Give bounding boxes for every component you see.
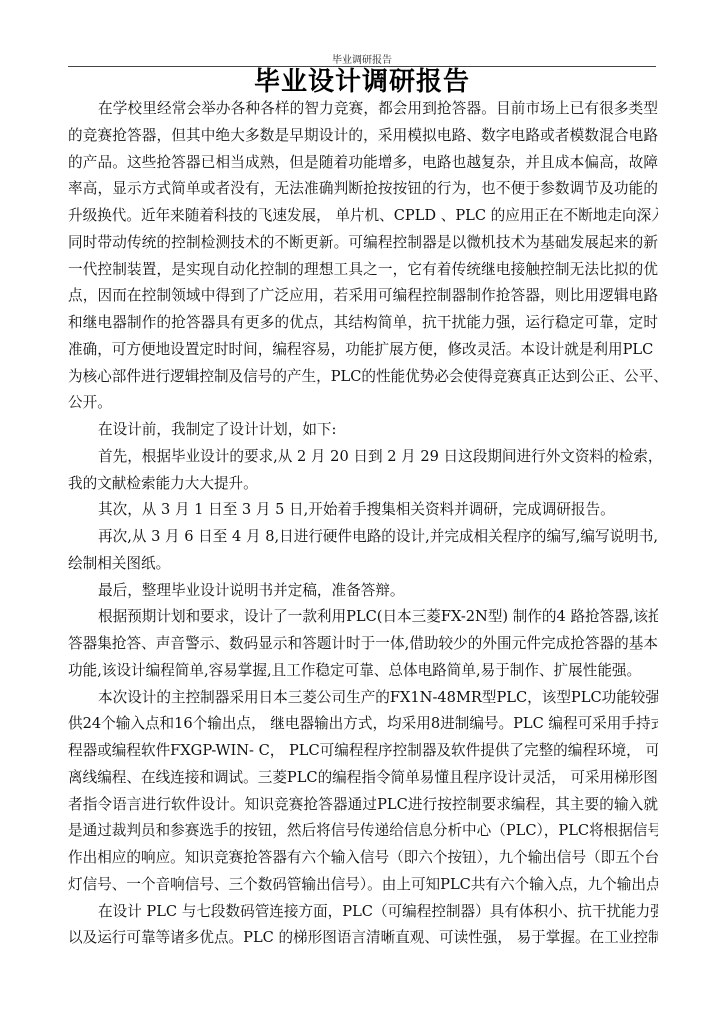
text-line: 离线编程、在线连接和调试。三菱PLC的编程指令简单易懂且程序设计灵活， 可采用梯… bbox=[68, 765, 658, 792]
document-body: 在学校里经常会举办各种各样的智力竞赛，都会用到抢答器。目前市场上已有很多类型的竞… bbox=[68, 96, 658, 952]
text-line: 答器集抢答、声音警示、数码显示和答题计时于一体,借助较少的外围元件完成抢答器的基… bbox=[68, 631, 658, 658]
text-line: 一代控制装置，是实现自动化控制的理想工具之一，它有着传统继电接触控制无法比拟的优 bbox=[68, 257, 658, 284]
text-line: 绘制相关图纸。 bbox=[68, 551, 658, 578]
text-line: 升级换代。近年来随着科技的飞速发展， 单片机、CPLD 、PLC 的应用正在不断… bbox=[68, 203, 658, 230]
text-line: 和继电器制作的抢答器具有更多的优点，其结构简单，抗干扰能力强，运行稳定可靠，定时 bbox=[68, 310, 658, 337]
text-line: 最后，整理毕业设计说明书并定稿，准备答辩。 bbox=[68, 578, 658, 605]
text-line: 灯信号、一个音响信号、三个数码管输出信号）。由上可知PLC共有六个输入点，九个输… bbox=[68, 872, 658, 899]
text-line: 的产品。这些抢答器已相当成熟，但是随着功能增多，电路也越复杂，并且成本偏高，故障 bbox=[68, 150, 658, 177]
text-line: 公开。 bbox=[68, 390, 658, 417]
text-line: 首先，根据毕业设计的要求,从 2 月 20 日到 2 月 29 日这段期间进行外… bbox=[68, 444, 658, 471]
text-line: 程器或编程软件FXGP-WIN- C， PLC可编程程序控制器及软件提供了完整的… bbox=[68, 738, 658, 765]
text-line: 功能,该设计编程简单,容易掌握,且工作稳定可靠、总体电路简单,易于制作、扩展性能… bbox=[68, 658, 658, 685]
text-line: 点，因而在控制领域中得到了广泛应用，若采用可编程控制器制作抢答器，则比用逻辑电路 bbox=[68, 283, 658, 310]
text-line: 本次设计的主控制器采用日本三菱公司生产的FX1N-48MR型PLC，该型PLC功… bbox=[68, 685, 658, 712]
text-line: 根据预期计划和要求，设计了一款利用PLC(日本三菱FX-2N型) 制作的4 路抢… bbox=[68, 604, 658, 631]
text-line: 在设计 PLC 与七段数码管连接方面，PLC（可编程控制器）具有体积小、抗干扰能… bbox=[68, 899, 658, 926]
text-line: 是通过裁判员和参赛选手的按钮，然后将信号传递给信息分析中心（PLC），PLC将根… bbox=[68, 818, 658, 845]
text-line: 作出相应的响应。知识竞赛抢答器有六个输入信号（即六个按钮），九个输出信号（即五个… bbox=[68, 845, 658, 872]
text-line: 准确，可方便地设置定时时间，编程容易，功能扩展方便，修改灵活。本设计就是利用PL… bbox=[68, 337, 658, 364]
text-line: 我的文献检索能力大大提升。 bbox=[68, 471, 658, 498]
document-title: 毕业设计调研报告 bbox=[0, 64, 724, 100]
text-line: 其次，从 3 月 1 日至 3 月 5 日,开始着手搜集相关资料并调研，完成调研… bbox=[68, 497, 658, 524]
text-line: 的竞赛抢答器，但其中绝大多数是早期设计的，采用模拟电路、数字电路或者模数混合电路 bbox=[68, 123, 658, 150]
text-line: 再次,从 3 月 6 日至 4 月 8,日进行硬件电路的设计,并完成相关程序的编… bbox=[68, 524, 658, 551]
text-line: 以及运行可靠等诸多优点。PLC 的梯形图语言清晰直观、可读性强， 易于掌握。在工… bbox=[68, 925, 658, 952]
text-line: 在设计前，我制定了设计计划，如下: bbox=[68, 417, 658, 444]
text-line: 同时带动传统的控制检测技术的不断更新。可编程控制器是以微机技术为基础发展起来的新 bbox=[68, 230, 658, 257]
text-line: 者指令语言进行软件设计。知识竞赛抢答器通过PLC进行按控制要求编程，其主要的输入… bbox=[68, 792, 658, 819]
text-line: 为核心部件进行逻辑控制及信号的产生，PLC的性能优势必会使得竞赛真正达到公正、公… bbox=[68, 364, 658, 391]
text-line: 率高，显示方式简单或者没有，无法准确判断抢按按钮的行为，也不便于参数调节及功能的 bbox=[68, 176, 658, 203]
text-line: 在学校里经常会举办各种各样的智力竞赛，都会用到抢答器。目前市场上已有很多类型 bbox=[68, 96, 658, 123]
text-line: 供24个输入点和16个输出点， 继电器输出方式，均采用8进制编号。PLC 编程可… bbox=[68, 711, 658, 738]
